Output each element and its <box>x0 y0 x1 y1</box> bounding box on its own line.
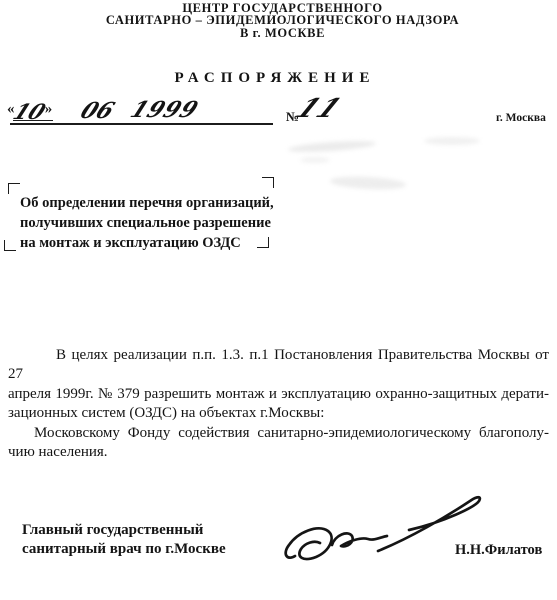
handwritten-number: 11 <box>291 96 347 122</box>
handwritten-month: 06 <box>77 100 117 122</box>
body-line: чию населения. <box>8 443 549 462</box>
org-name-line-3: В г. МОСКВЕ <box>55 27 510 39</box>
subject-bracket-top-left <box>8 183 20 194</box>
body-line: зационных систем (ОЗДС) на объектах г.Мо… <box>8 404 549 423</box>
subject-block: Об определении перечня организаций, полу… <box>20 193 278 253</box>
scan-noise <box>288 139 376 154</box>
scan-noise <box>330 175 407 191</box>
document-type-title: РАСПОРЯЖЕНИЕ <box>0 70 550 87</box>
signer-title-line-2: санитарный врач по г.Москве <box>22 540 226 559</box>
scan-noise <box>300 157 330 163</box>
body-line: апреля 1999г. № 379 разрешить монтаж и э… <box>8 385 549 404</box>
signer-name: Н.Н.Филатов <box>455 542 542 559</box>
body-line: В целях реализации п.п. 1.3. п.1 Постано… <box>8 346 549 385</box>
city-label: г. Москва <box>496 112 546 124</box>
org-header: ЦЕНТР ГОСУДАРСТВЕННОГО САНИТАРНО – ЭПИДЕ… <box>55 2 510 39</box>
subject-bracket-top-right <box>262 177 274 188</box>
handwritten-year: 1999 <box>127 99 202 121</box>
document-page: ЦЕНТР ГОСУДАРСТВЕННОГО САНИТАРНО – ЭПИДЕ… <box>0 0 557 600</box>
subject-line: получивших специальное разрешение <box>20 213 278 233</box>
body-line: Московскому Фонду содействия санитарно-э… <box>8 424 549 443</box>
org-name-line-2: САНИТАРНО – ЭПИДЕМИОЛОГИЧЕСКОГО НАДЗОРА <box>55 14 510 26</box>
subject-bracket-bottom-left <box>4 240 16 251</box>
subject-line: Об определении перечня организаций, <box>20 193 278 213</box>
day-underline <box>13 120 53 121</box>
subject-line: на монтаж и эксплуатацию ОЗДС <box>20 233 278 253</box>
scan-noise <box>424 137 480 145</box>
signer-title: Главный государственный санитарный врач … <box>22 521 226 559</box>
signer-title-line-1: Главный государственный <box>22 521 226 540</box>
date-underline <box>10 123 273 125</box>
body-text: В целях реализации п.п. 1.3. п.1 Постано… <box>8 346 549 462</box>
